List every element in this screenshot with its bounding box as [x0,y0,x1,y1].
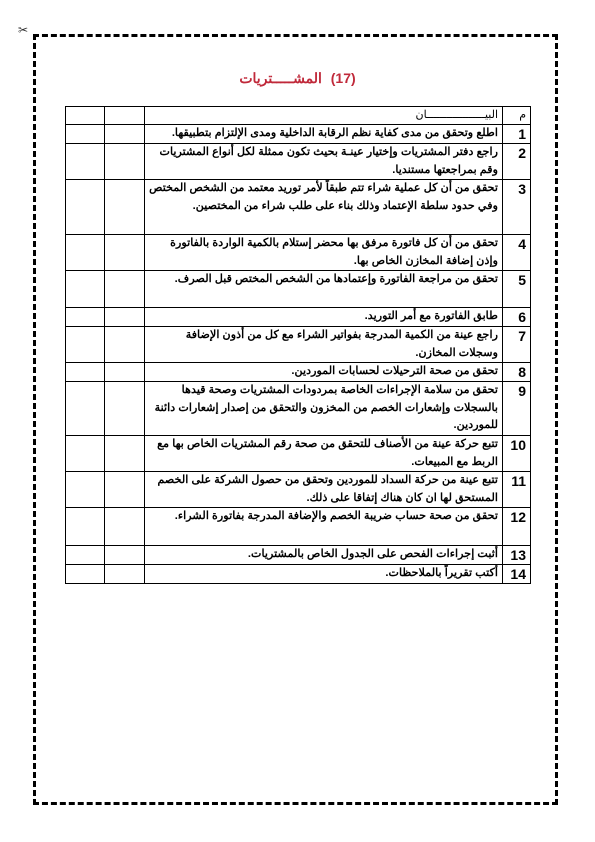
row-description: تحقق من صحة الترحيلات لحسابات الموردين. [145,363,503,382]
row-description: تحقق من أن كل عملية شراء تتم طبقاً لأمر … [145,180,503,235]
row-blank-1 [66,235,105,271]
table-row: 14 أكتب تقريراً بالملاحظات. [66,565,531,584]
row-blank-1 [66,125,105,144]
row-description: راجع دفتر المشتريات وإختيار عينـة بحيث ت… [145,144,503,180]
table-row: 9 تحقق من سلامة الإجراءات الخاصة بمردودا… [66,382,531,436]
row-description: تتبع حركة عينة من الأصناف للتحقق من صحة … [145,436,503,472]
row-description: طابق الفاتورة مع أمر التوريد. [145,308,503,327]
row-blank-1 [66,382,105,436]
row-blank-1 [66,180,105,235]
row-blank-2 [105,308,145,327]
table-row: 13 أثبت إجراءات الفحص على الجدول الخاص ب… [66,546,531,565]
header-blank-1 [66,107,105,125]
row-description: تتبع عينة من حركة السداد للموردين وتحقق … [145,472,503,508]
row-number: 4 [503,235,531,271]
page-title: (17) المشـــــتريات [0,70,595,87]
table-row: 5 تحقق من مراجعة الفاتورة وإعتمادها من ا… [66,271,531,308]
row-description: تحقق من مراجعة الفاتورة وإعتمادها من الش… [145,271,503,308]
row-blank-1 [66,565,105,584]
row-blank-1 [66,271,105,308]
row-number: 1 [503,125,531,144]
table-row: 6 طابق الفاتورة مع أمر التوريد. [66,308,531,327]
row-blank-1 [66,508,105,546]
table-row: 11 تتبع عينة من حركة السداد للموردين وتح… [66,472,531,508]
row-blank-1 [66,327,105,363]
row-number: 3 [503,180,531,235]
title-text: المشـــــتريات [239,70,322,86]
row-number: 2 [503,144,531,180]
row-number: 5 [503,271,531,308]
header-number: م [503,107,531,125]
row-number: 10 [503,436,531,472]
table-row: 10 تتبع حركة عينة من الأصناف للتحقق من ص… [66,436,531,472]
row-description: تحقق من أن كل فاتورة مرفق بها محضر إستلا… [145,235,503,271]
row-number: 7 [503,327,531,363]
row-blank-2 [105,144,145,180]
row-number: 13 [503,546,531,565]
row-blank-1 [66,436,105,472]
row-number: 14 [503,565,531,584]
table-header-row: م البيــــــــــــــــــان [66,107,531,125]
row-blank-1 [66,472,105,508]
row-description: اطلع وتحقق من مدى كفاية نظم الرقابة الدا… [145,125,503,144]
row-number: 12 [503,508,531,546]
row-description: تحقق من صحة حساب ضريبة الخصم والإضافة ال… [145,508,503,546]
row-description: تحقق من سلامة الإجراءات الخاصة بمردودات … [145,382,503,436]
table-row: 2 راجع دفتر المشتريات وإختيار عينـة بحيث… [66,144,531,180]
row-blank-2 [105,125,145,144]
table-row: 3 تحقق من أن كل عملية شراء تتم طبقاً لأم… [66,180,531,235]
row-blank-2 [105,565,145,584]
row-blank-2 [105,436,145,472]
row-description: أكتب تقريراً بالملاحظات. [145,565,503,584]
row-blank-1 [66,546,105,565]
row-blank-2 [105,472,145,508]
row-number: 9 [503,382,531,436]
table-row: 1 اطلع وتحقق من مدى كفاية نظم الرقابة ال… [66,125,531,144]
row-description: أثبت إجراءات الفحص على الجدول الخاص بالم… [145,546,503,565]
row-blank-1 [66,363,105,382]
purchases-checklist-table: م البيــــــــــــــــــان 1 اطلع وتحقق … [65,106,531,584]
row-number: 11 [503,472,531,508]
header-description: البيــــــــــــــــــان [145,107,503,125]
title-number: (17) [331,70,356,86]
table-row: 7 راجع عينة من الكمية المدرجة بفواتير ال… [66,327,531,363]
row-number: 8 [503,363,531,382]
table-row: 4 تحقق من أن كل فاتورة مرفق بها محضر إست… [66,235,531,271]
row-blank-2 [105,363,145,382]
row-blank-2 [105,180,145,235]
row-blank-1 [66,308,105,327]
table-row: 8 تحقق من صحة الترحيلات لحسابات الموردين… [66,363,531,382]
header-blank-2 [105,107,145,125]
row-blank-2 [105,327,145,363]
scissors-icon: ✂ [18,24,28,36]
row-description: راجع عينة من الكمية المدرجة بفواتير الشر… [145,327,503,363]
row-blank-1 [66,144,105,180]
table-row: 12 تحقق من صحة حساب ضريبة الخصم والإضافة… [66,508,531,546]
row-blank-2 [105,382,145,436]
row-blank-2 [105,271,145,308]
row-blank-2 [105,546,145,565]
row-number: 6 [503,308,531,327]
row-blank-2 [105,235,145,271]
row-blank-2 [105,508,145,546]
